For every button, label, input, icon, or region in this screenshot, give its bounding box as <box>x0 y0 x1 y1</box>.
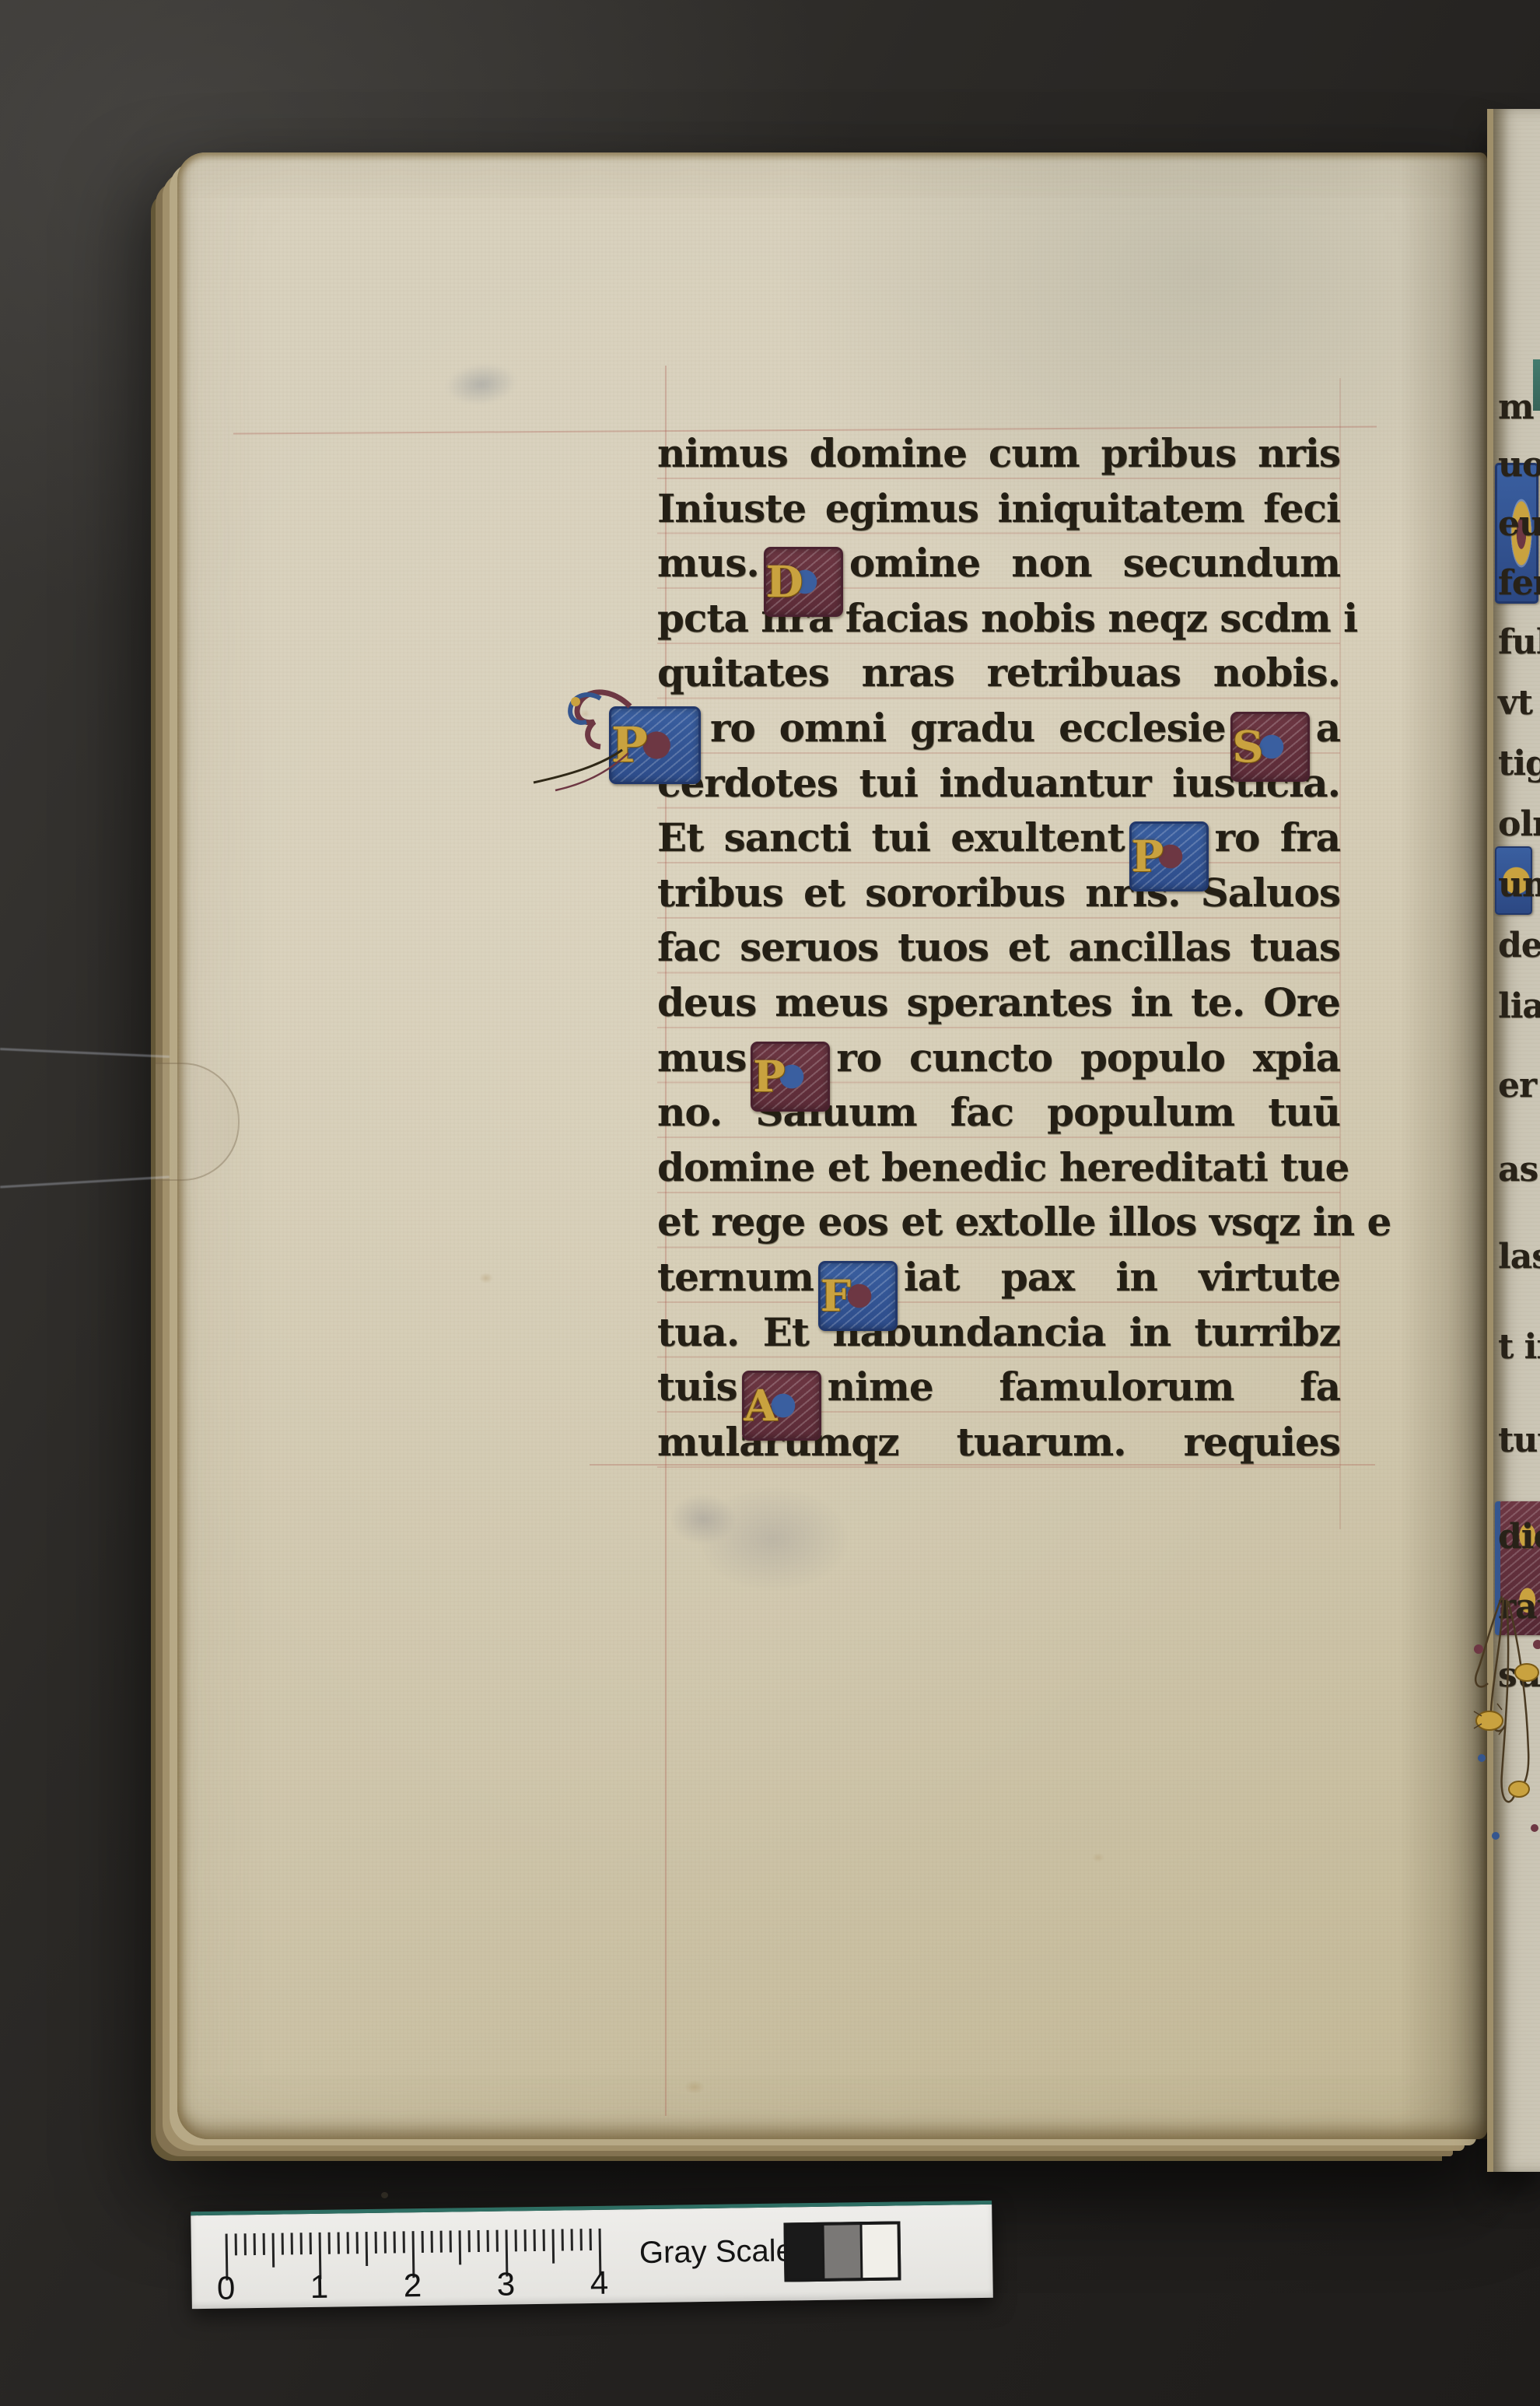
facing-text-line: fer <box>1498 563 1540 603</box>
facing-text-line: las spiritu <box>1498 1237 1540 1277</box>
clip-glare-line <box>0 1048 170 1058</box>
manuscript-text-segment: deus meus sperantes in te. Ore <box>657 979 1340 1025</box>
grayscale-patches <box>783 2221 901 2282</box>
ruler-tick <box>487 2230 489 2252</box>
manuscript-line: nimus domine cum pribus nris <box>657 426 1340 482</box>
green-edge-sliver <box>1533 359 1540 411</box>
manuscript-line: tribus et sororibus nris. Saluos <box>657 866 1340 921</box>
manuscript-line: mus.Domine non secundum <box>657 536 1340 591</box>
manuscript-line: pcta nra facias nobis neqz scdm i <box>657 591 1340 646</box>
ruler-tick <box>403 2231 405 2253</box>
ruler-tick <box>562 2229 564 2251</box>
facing-text-line: t in verita <box>1498 1327 1540 1367</box>
facing-text-line: diction <box>1498 1517 1540 1557</box>
parchment-speck <box>381 2192 388 2198</box>
facing-text-line: vt quos <box>1498 683 1540 723</box>
illuminated-initial-P: P <box>609 706 701 784</box>
ruler-tick <box>244 2233 247 2255</box>
ruler-tick <box>375 2232 377 2254</box>
facing-text-line: ful <box>1498 622 1540 662</box>
manuscript-text-segment: domine et benedic hereditati tue <box>657 1144 1349 1190</box>
facing-text-line: suppl <box>1498 1655 1540 1695</box>
manuscript-line: Iniuste egimus iniquitatem feci <box>657 482 1340 537</box>
ruler-tick <box>235 2233 237 2255</box>
facing-text-line: as congr <box>1498 1150 1540 1189</box>
ruler-tick <box>478 2230 480 2252</box>
ruler-tick <box>338 2233 340 2254</box>
parchment-stain <box>1092 1853 1104 1862</box>
manuscript-line: musPro cuncto populo xpia <box>657 1031 1340 1086</box>
gutter-shadow <box>1400 152 1487 2139</box>
ruler-tick <box>515 2229 517 2251</box>
facing-text-line: lia n <box>1498 986 1540 1026</box>
facing-text-line: umu <box>1498 865 1540 905</box>
ruler-number: 3 <box>497 2265 516 2303</box>
manuscript-text-segment: a <box>1316 705 1340 751</box>
manuscript-text-segment: nimus domine cum pribus nris <box>657 430 1340 476</box>
grayscale-patch <box>787 2226 823 2279</box>
ruler-tick <box>310 2233 312 2254</box>
ruler-tick <box>524 2229 527 2251</box>
ruler-tick <box>282 2233 284 2255</box>
manuscript-text-segment: pcta nra facias nobis neqz scdm i <box>657 595 1357 641</box>
manuscript-text-segment: tuis <box>657 1364 737 1410</box>
ruler-tick <box>384 2232 387 2254</box>
facing-text-line: eu <box>1498 504 1540 544</box>
erased-folio-mark <box>444 360 520 408</box>
manuscript-text-segment: omine non secundum <box>849 540 1340 586</box>
ruler-tick <box>543 2229 545 2251</box>
ruler-tick <box>571 2229 573 2250</box>
manuscript-text-segment: tribus et sororibus nris. Saluos <box>657 870 1340 916</box>
ruler-tick <box>422 2231 424 2253</box>
manuscript-line: tua. Et habundancia in turribz <box>657 1305 1340 1361</box>
manuscript-text-segment: et rege eos et extolle illos vsqz in e <box>657 1199 1391 1245</box>
manuscript-text-segment: iat pax in virtute <box>904 1254 1340 1300</box>
ruler-tick <box>300 2233 303 2254</box>
parchment-stain <box>479 1273 493 1284</box>
ruler-tick <box>496 2230 499 2252</box>
illuminated-initial-D: D <box>764 547 843 617</box>
illuminated-initial-F: F <box>818 1261 898 1331</box>
photographic-scale-ruler: 01234 Gray Scale <box>191 2201 993 2309</box>
manuscript-text-segment: nime famulorum fa <box>828 1364 1340 1410</box>
ruler-tick <box>590 2229 592 2250</box>
manuscript-line: et rege eos et extolle illos vsqz in e <box>657 1195 1340 1250</box>
manuscript-text-segment: Iniuste egimus iniquitatem feci <box>657 485 1340 531</box>
ruler-tick <box>272 2233 275 2268</box>
ruler-number: 1 <box>310 2268 329 2306</box>
manuscript-text-segment: fac seruos tuos et ancillas tuas <box>657 924 1340 970</box>
ruler-tick <box>347 2232 349 2254</box>
ruler-tick <box>580 2229 583 2250</box>
manuscript-text-segment: ro omni gradu ecclesie <box>710 705 1226 751</box>
manuscript-text-segment: Et sancti tui exultent <box>657 814 1125 860</box>
ruler-tick <box>431 2231 433 2253</box>
illuminated-initial-S: S <box>1230 712 1310 782</box>
facing-text-line: deus <box>1498 926 1540 965</box>
manuscript-text-segment: ro cuncto populo xpia <box>836 1035 1340 1080</box>
manuscript-text-segment: ternum <box>657 1254 814 1300</box>
manuscript-line: Et sancti tui exultentPro fra <box>657 811 1340 866</box>
manuscript-line: tuisAnime famulorum fa <box>657 1360 1340 1415</box>
manuscript-line: deus meus sperantes in te. Ore <box>657 975 1340 1031</box>
ruler-numbers: 01234 <box>191 2205 992 2215</box>
ruler-tick <box>254 2233 256 2255</box>
ruler-tick <box>468 2230 471 2252</box>
ruler-tick <box>534 2229 536 2251</box>
ruler-tick <box>459 2230 462 2264</box>
ruler-tick <box>328 2233 331 2254</box>
manuscript-line: fac seruos tuos et ancillas tuas <box>657 920 1340 975</box>
facing-text-line: er famu <box>1498 1066 1540 1105</box>
facing-text-line: olnat. <box>1498 804 1540 844</box>
facing-text-line: tigit i <box>1498 744 1540 783</box>
facing-text-line: tuum eis <box>1498 1420 1540 1460</box>
manuscript-text-segment: ro fra <box>1215 814 1340 860</box>
illuminated-initial-P: P <box>751 1042 830 1112</box>
ruler-tick <box>291 2233 293 2254</box>
ruler-label: Gray Scale <box>639 2233 793 2271</box>
ruler-tick <box>552 2229 555 2264</box>
ruler-tick <box>450 2231 452 2253</box>
illuminated-initial-P: P <box>1129 821 1209 891</box>
facing-text-line: uouc <box>1498 445 1540 485</box>
manuscript-line: Pro omni gradu ecclesieSa <box>657 701 1340 756</box>
parchment-stain <box>684 2080 705 2094</box>
manuscript-text-segment: mus. <box>657 540 759 586</box>
text-block: nimus domine cum pribus nrisIniuste egim… <box>657 426 1340 1470</box>
manuscript-line: ternumFiat pax in virtute <box>657 1250 1340 1305</box>
facing-text-line: raudi <box>1498 1587 1540 1627</box>
clip-glare-line <box>0 1176 170 1189</box>
illuminated-initial-A: A <box>742 1371 821 1441</box>
manuscript-text-segment: quitates nras retribuas nobis. <box>657 650 1340 695</box>
manuscript-line: quitates nras retribuas nobis. <box>657 646 1340 701</box>
manuscript-line: domine et benedic hereditati tue <box>657 1140 1340 1196</box>
ruler-number: 2 <box>404 2267 422 2304</box>
ruler-tick <box>366 2232 369 2266</box>
ruler-ticks <box>191 2205 992 2215</box>
ruler-number: 4 <box>590 2264 608 2302</box>
ruler-tick <box>356 2232 359 2254</box>
ruler-tick <box>263 2233 265 2255</box>
ruler-number: 0 <box>217 2269 236 2306</box>
ruler-tick <box>394 2232 396 2254</box>
facing-page-right: m pauouceuferfulvt quostigit iolnat.umud… <box>1487 109 1540 2172</box>
parchment-stain <box>580 709 590 718</box>
photo-stage: nimus domine cum pribus nrisIniuste egim… <box>0 0 1540 2406</box>
grayscale-patch <box>824 2225 860 2278</box>
manuscript-text-segment: tua. Et habundancia in turribz <box>657 1309 1340 1355</box>
ruler-tick <box>440 2231 443 2253</box>
manuscript-text-segment: mus <box>657 1035 746 1080</box>
grayscale-patch <box>862 2225 898 2278</box>
